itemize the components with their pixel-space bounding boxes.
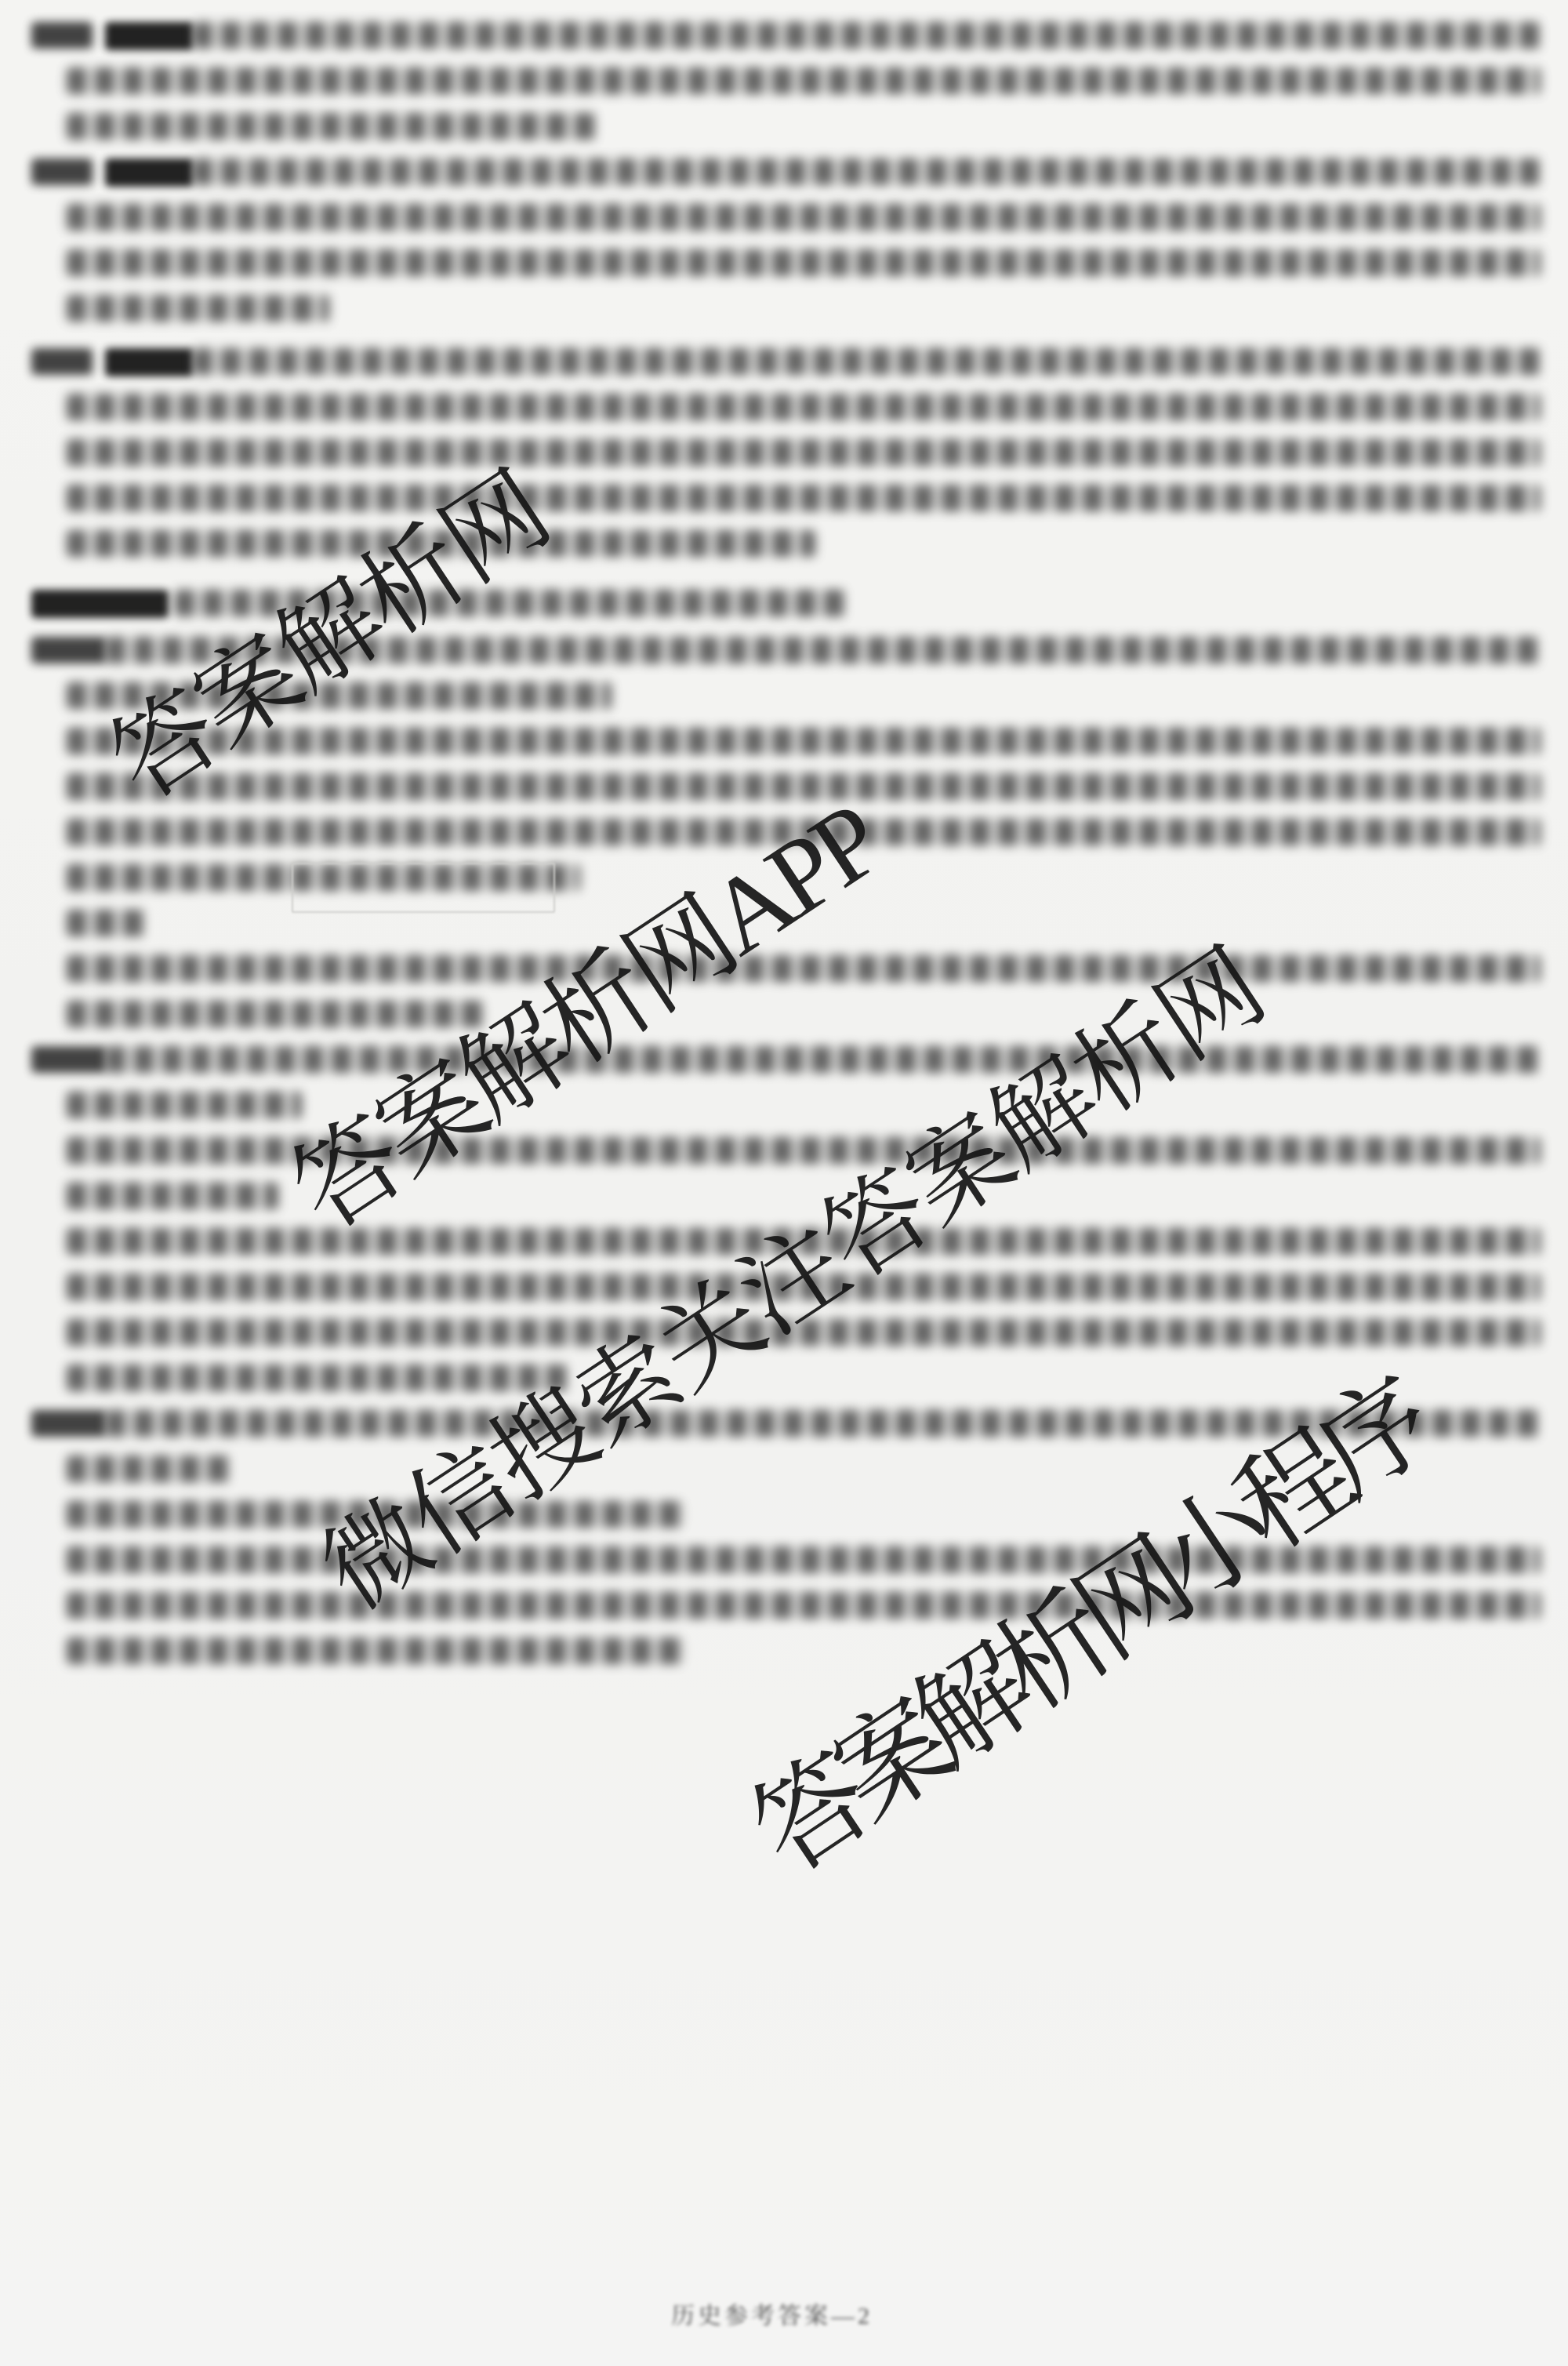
text-run-body xyxy=(67,1365,568,1391)
blurred-text-line xyxy=(67,1365,568,1391)
text-run-body xyxy=(67,1183,278,1209)
text-run-tag xyxy=(105,22,193,50)
blurred-text-line xyxy=(67,67,1541,94)
text-run-gap xyxy=(93,158,105,185)
blurred-text-line xyxy=(67,1546,1541,1573)
blurred-text-line xyxy=(67,113,596,140)
blurred-text-line xyxy=(31,348,1541,376)
text-run-body xyxy=(67,1637,686,1664)
text-run-num xyxy=(31,1046,106,1073)
text-run-body xyxy=(67,249,1541,276)
blurred-text-line xyxy=(67,439,1541,466)
blurred-text-line xyxy=(67,955,1541,982)
text-run-tag xyxy=(105,158,193,187)
text-run-num xyxy=(31,1410,106,1437)
blurred-text-line xyxy=(31,1046,1541,1073)
page-footer: 历史参考答案—2 xyxy=(671,2296,873,2331)
text-run-body xyxy=(67,204,1541,231)
text-run-num xyxy=(31,637,106,663)
blurred-text-line xyxy=(67,1637,686,1664)
blurred-text-line xyxy=(31,22,1541,50)
text-run-num xyxy=(31,22,93,49)
blurred-text-line xyxy=(67,249,1541,276)
scanned-answer-page: 历史参考答案—2 答案解析网答案解析网APP微信搜索关注答案解析网答案解析网小程… xyxy=(0,0,1568,2366)
text-run-body xyxy=(67,773,1541,800)
text-run-gap xyxy=(169,590,175,616)
text-run-body xyxy=(67,295,329,322)
blurred-text-line xyxy=(67,910,145,936)
text-run-body xyxy=(67,1001,486,1027)
blurred-text-line xyxy=(67,1592,1541,1619)
text-run-body xyxy=(67,1546,1541,1573)
text-run-body xyxy=(67,955,1541,982)
text-run-body xyxy=(106,1046,1541,1073)
text-run-body xyxy=(193,22,1541,49)
blurred-text-line xyxy=(67,1092,302,1118)
text-run-body xyxy=(67,1456,231,1482)
blurred-text-line xyxy=(67,773,1541,800)
blurred-text-line xyxy=(67,1456,231,1482)
text-run-tag xyxy=(105,348,193,376)
text-run-body xyxy=(193,158,1541,185)
blurred-text-line xyxy=(67,204,1541,231)
text-run-body xyxy=(67,394,1541,420)
text-run-body xyxy=(67,67,1541,94)
blurred-text-line xyxy=(31,158,1541,187)
blurred-text-line xyxy=(67,295,329,322)
watermark-4: 答案解析网小程序 xyxy=(736,1367,1442,1891)
scan-artifact-box xyxy=(292,863,555,913)
text-run-body xyxy=(67,485,1541,511)
blurred-text-line xyxy=(67,1001,486,1027)
text-run-body xyxy=(67,1592,1541,1619)
text-run-num xyxy=(31,348,93,375)
text-run-gap xyxy=(93,348,105,375)
text-run-body xyxy=(67,439,1541,466)
text-run-gap xyxy=(93,22,105,49)
text-run-num xyxy=(31,158,93,185)
blurred-text-line xyxy=(67,394,1541,420)
blurred-text-line xyxy=(67,1183,278,1209)
text-run-body xyxy=(67,1092,302,1118)
text-run-body xyxy=(67,113,596,140)
text-run-tag xyxy=(31,590,169,618)
text-run-body xyxy=(67,910,145,936)
text-run-body xyxy=(193,348,1541,375)
blurred-text-line xyxy=(67,485,1541,511)
